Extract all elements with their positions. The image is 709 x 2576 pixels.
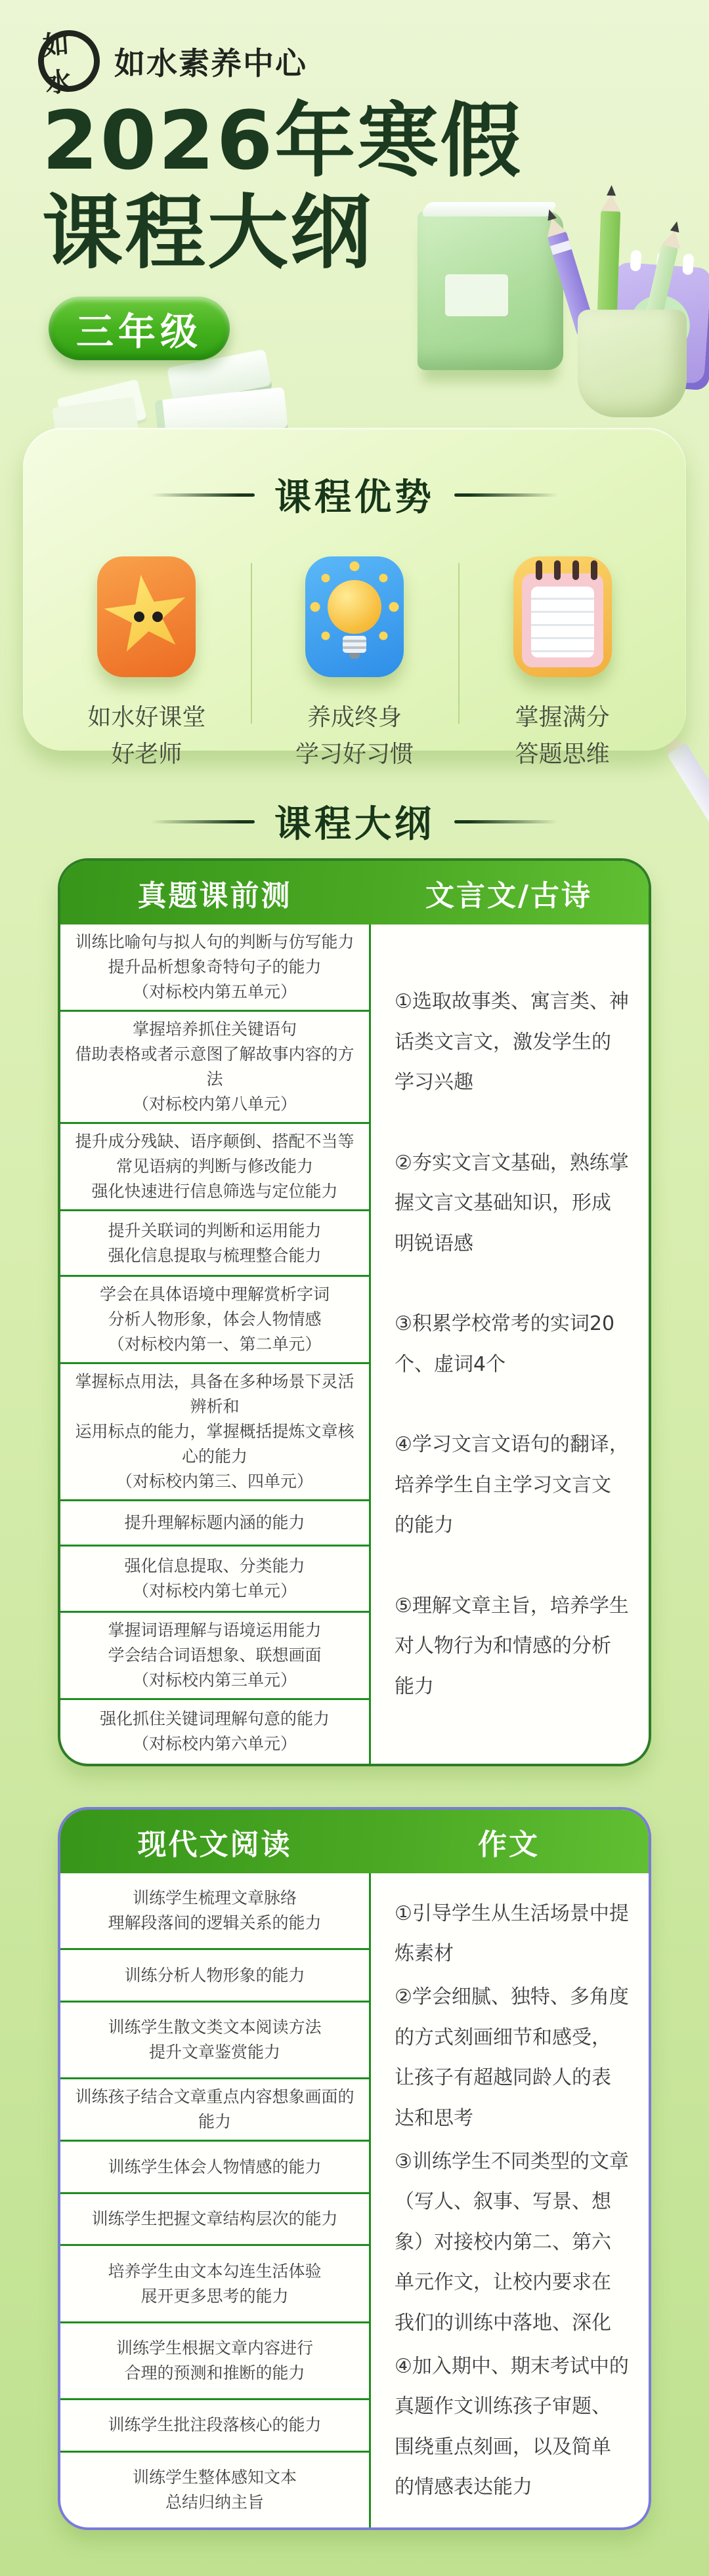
right-rule-line bbox=[454, 820, 558, 823]
lightbulb-icon bbox=[305, 556, 404, 677]
table-right-column: ①引导学生从生活场景中提炼素材②学会细腻、独特、多角度的方式刻画细节和感受，让孩… bbox=[369, 1873, 649, 2527]
table-row: 培养学生由文本勾连生活体验 展开更多思考的能力 bbox=[60, 2244, 369, 2321]
left-rule-line bbox=[151, 820, 255, 823]
outline-section-head: 课程大纲 bbox=[0, 795, 709, 848]
column-header-pretest: 真题课前测 bbox=[60, 861, 369, 924]
advantages-section-title: 课程优势 bbox=[274, 468, 435, 521]
notepad-icon bbox=[513, 556, 612, 677]
table-paragraph: ③训练学生不同类型的文章（写人、叙事、写景、想象）对接校内第二、第六单元作文，让… bbox=[395, 2142, 630, 2344]
table-right-column: ①选取故事类、寓言类、神话类文言文，激发学生的学习兴趣②夯实文言文基础，熟练掌握… bbox=[369, 924, 649, 1764]
pencil-cup-decoration bbox=[578, 310, 687, 417]
brand-header: 如水 如水素养中心 bbox=[38, 30, 307, 92]
table-row: 掌握培养抓住关键语句 借助表格或者示意图了解故事内容的方法 （对标校内第八单元） bbox=[60, 1010, 369, 1122]
table-row: 训练分析人物形象的能力 bbox=[60, 1948, 369, 2001]
calendar-ring-icon bbox=[682, 253, 694, 275]
advantages-panel: 课程优势 如水好课堂 好老师 养成终身 学习好习惯 掌握满分 答题思维 bbox=[23, 428, 686, 751]
table-row: 提升成分残缺、语序颠倒、搭配不当等 常见语病的判断与修改能力 强化快速进行信息筛… bbox=[60, 1122, 369, 1209]
table-paragraph: ②夯实文言文基础，熟练掌握文言文基础知识，形成明锐语感 bbox=[395, 1143, 630, 1264]
table-left-column: 训练学生梳理文章脉络 理解段落间的逻辑关系的能力训练分析人物形象的能力训练学生散… bbox=[60, 1873, 369, 2527]
page-title-line2: 课程大纲 bbox=[42, 188, 523, 280]
table-row: 提升理解标题内涵的能力 bbox=[60, 1499, 369, 1545]
advantage-label: 掌握满分 答题思维 bbox=[515, 699, 610, 773]
advantages-row: 如水好课堂 好老师 养成终身 学习好习惯 掌握满分 答题思维 bbox=[23, 556, 686, 773]
table-row: 训练学生把握文章结构层次的能力 bbox=[60, 2192, 369, 2245]
table-paragraph: ⑤理解文章主旨，培养学生对人物行为和情感的分析能力 bbox=[395, 1586, 630, 1707]
table-body: 训练学生梳理文章脉络 理解段落间的逻辑关系的能力训练分析人物形象的能力训练学生散… bbox=[60, 1873, 649, 2527]
table-row: 训练比喻句与拟人句的判断与仿写能力 提升品析想象奇特句子的能力 （对标校内第五单… bbox=[60, 924, 369, 1010]
advantage-item-habit: 养成终身 学习好习惯 bbox=[251, 556, 459, 773]
table-header: 真题课前测 文言文/古诗 bbox=[60, 861, 649, 924]
column-header-writing: 作文 bbox=[369, 1810, 649, 1873]
grade-badge: 三年级 bbox=[49, 297, 230, 360]
table-body: 训练比喻句与拟人句的判断与仿写能力 提升品析想象奇特句子的能力 （对标校内第五单… bbox=[60, 924, 649, 1764]
page-title: 2026年寒假 课程大纲 bbox=[42, 96, 523, 280]
advantage-label: 如水好课堂 好老师 bbox=[87, 699, 205, 773]
outline-section-title: 课程大纲 bbox=[274, 795, 435, 848]
table-paragraph: ④加入期中、期末考试中的真题作文训练孩子审题、围绕重点刻画，以及简单的情感表达能… bbox=[395, 2346, 630, 2508]
table-row: 强化抓住关键词理解句意的能力 （对标校内第六单元） bbox=[60, 1698, 369, 1764]
brand-logo-text: 如水 bbox=[41, 22, 97, 100]
table-reading-writing: 现代文阅读 作文 训练学生梳理文章脉络 理解段落间的逻辑关系的能力训练分析人物形… bbox=[58, 1807, 651, 2530]
advantage-item-thinking: 掌握满分 答题思维 bbox=[458, 556, 666, 773]
brand-logo: 如水 bbox=[32, 24, 106, 98]
table-row: 训练学生梳理文章脉络 理解段落间的逻辑关系的能力 bbox=[60, 1873, 369, 1948]
table-paragraph: ①选取故事类、寓言类、神话类文言文，激发学生的学习兴趣 bbox=[395, 982, 630, 1103]
table-row: 训练学生散文类文本阅读方法 提升文章鉴赏能力 bbox=[60, 2001, 369, 2077]
advantage-item-classroom: 如水好课堂 好老师 bbox=[43, 556, 251, 773]
table-paragraph: ④学习文言文语句的翻译，培养学生自主学习文言文的能力 bbox=[395, 1424, 630, 1546]
table-row: 训练学生体会人物情感的能力 bbox=[60, 2140, 369, 2192]
table-row: 训练孩子结合文章重点内容想象画面的能力 bbox=[60, 2077, 369, 2140]
table-pretest-classical: 真题课前测 文言文/古诗 训练比喻句与拟人句的判断与仿写能力 提升品析想象奇特句… bbox=[58, 858, 651, 1766]
table-header: 现代文阅读 作文 bbox=[60, 1810, 649, 1873]
table-row: 训练学生整体感知文本 总结归纳主旨 bbox=[60, 2451, 369, 2527]
column-header-reading: 现代文阅读 bbox=[60, 1810, 369, 1873]
table-paragraph: ③积累学校常考的实词20个、虚词4个 bbox=[395, 1304, 630, 1384]
table-row: 训练学生批注段落核心的能力 bbox=[60, 2398, 369, 2451]
page-title-line1: 2026年寒假 bbox=[42, 96, 523, 188]
table-row: 掌握词语理解与语境运用能力 学会结合词语想象、联想画面 （对标校内第三单元） bbox=[60, 1611, 369, 1698]
table-row: 强化信息提取、分类能力 （对标校内第七单元） bbox=[60, 1545, 369, 1610]
right-rule-line bbox=[454, 493, 558, 497]
table-row: 训练学生根据文章内容进行 合理的预测和推断的能力 bbox=[60, 2321, 369, 2398]
advantages-section-head: 课程优势 bbox=[23, 428, 686, 521]
table-row: 学会在具体语境中理解赏析字词 分析人物形象，体会人物情感 （对标校内第一、第二单… bbox=[60, 1275, 369, 1362]
table-left-column: 训练比喻句与拟人句的判断与仿写能力 提升品析想象奇特句子的能力 （对标校内第五单… bbox=[60, 924, 369, 1764]
left-rule-line bbox=[151, 493, 255, 497]
table-row: 掌握标点用法，具备在多种场景下灵活辨析和 运用标点的能力，掌握概括提炼文章核心的… bbox=[60, 1362, 369, 1499]
table-paragraph: ①引导学生从生活场景中提炼素材 bbox=[395, 1894, 630, 1974]
course-outline-poster: { "colors":{ "page_bg_top":"#ebf6d4","pa… bbox=[0, 0, 709, 2576]
advantage-label: 养成终身 学习好习惯 bbox=[295, 699, 414, 773]
calendar-ring-icon bbox=[630, 250, 641, 272]
brand-name: 如水素养中心 bbox=[114, 39, 307, 83]
column-header-classical: 文言文/古诗 bbox=[369, 861, 649, 924]
table-paragraph: ②学会细腻、独特、多角度的方式刻画细节和感受，让孩子有超越同龄人的表达和思考 bbox=[395, 1977, 630, 2138]
star-icon bbox=[97, 556, 196, 677]
table-row: 提升关联词的判断和运用能力 强化信息提取与梳理整合能力 bbox=[60, 1209, 369, 1275]
